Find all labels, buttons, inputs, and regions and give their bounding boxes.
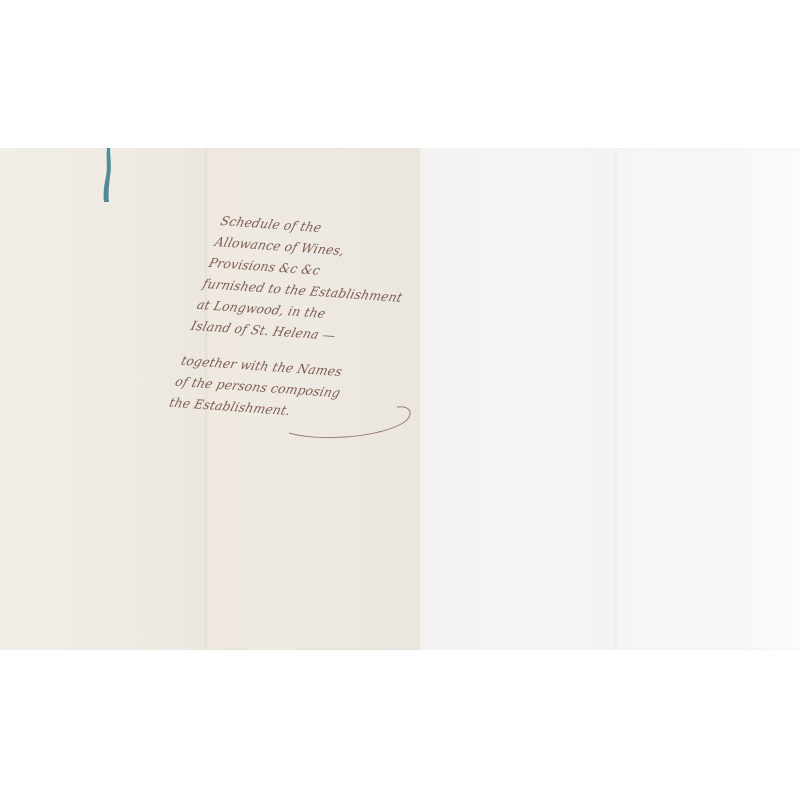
ribbon-icon — [98, 148, 116, 203]
folded-panel-middle — [420, 148, 615, 650]
flourish-underline-icon — [285, 393, 425, 443]
folded-panel-right — [615, 148, 800, 650]
manuscript-document: Schedule of the Allowance of Wines, Prov… — [0, 148, 800, 650]
